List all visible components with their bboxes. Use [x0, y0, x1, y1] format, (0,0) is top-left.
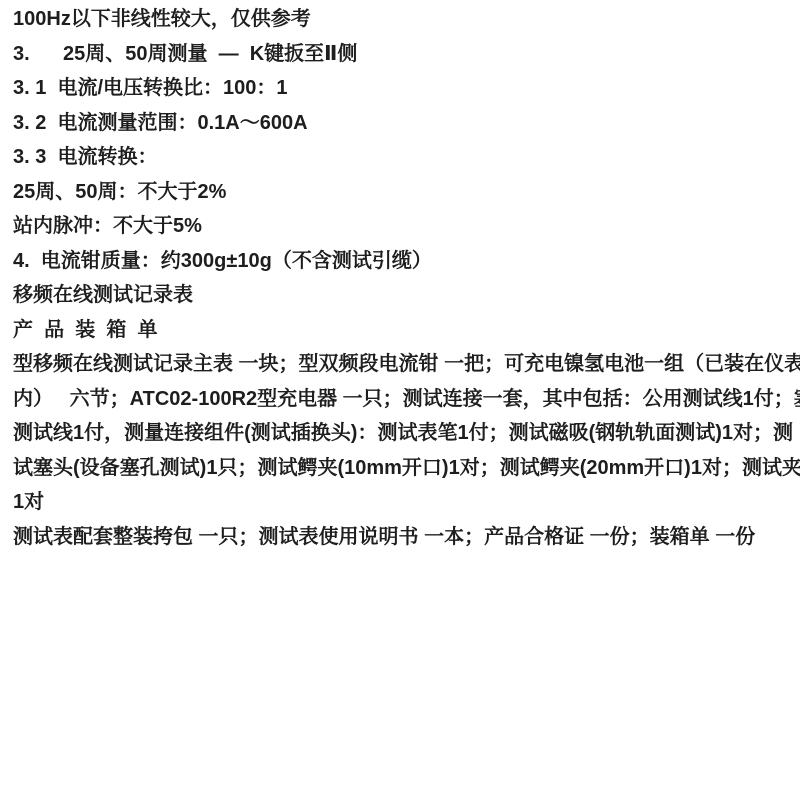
packing-list-line: 内） 六节；ATC02-100R2型充电器 一只；测试连接一套，其中包括：公用测… — [13, 382, 792, 417]
packing-list-line: 试塞头(设备塞孔测试)1只；测试鳄夹(10mm开口)1对；测试鳄夹(20mm开口… — [13, 451, 792, 486]
spec-clamp-weight: 4. 电流钳质量：约300g±10g（不含测试引缆） — [13, 244, 792, 279]
packing-list-accessories: 测试表配套整装挎包 一只；测试表使用说明书 一本；产品合格证 一份；装箱单 一份 — [13, 520, 792, 555]
note-nonlinearity: 100Hz以下非线性较大，仅供参考 — [13, 2, 792, 37]
document-body: 100Hz以下非线性较大，仅供参考 3. 25周、50周测量 — K键扳至Ⅱ侧 … — [13, 2, 792, 554]
packing-list-line: 1对 — [13, 485, 792, 520]
packing-list-line: 型移频在线测试记录主表 一块；型双频段电流钳 一把；可充电镍氢电池一组（已装在仪… — [13, 347, 792, 382]
doc-title-test-record: 移频在线测试记录表 — [13, 278, 792, 313]
packing-list-title: 产 品 装 箱 单 — [13, 313, 792, 348]
spec-station-pulse-tolerance: 站内脉冲：不大于5% — [13, 209, 792, 244]
spec-current-conversion: 3. 3 电流转换： — [13, 140, 792, 175]
packing-list-line: 测试线1付，测量连接组件(测试插换头)：测试表笔1付；测试磁吸(钢轨轨面测试)1… — [13, 416, 792, 451]
document-page: 100Hz以下非线性较大，仅供参考 3. 25周、50周测量 — K键扳至Ⅱ侧 … — [0, 0, 800, 800]
section-3-heading: 3. 25周、50周测量 — K键扳至Ⅱ侧 — [13, 37, 792, 72]
spec-current-range: 3. 2 电流测量范围：0.1A～600A — [13, 106, 792, 141]
spec-current-voltage-ratio: 3. 1 电流/电压转换比：100：1 — [13, 71, 792, 106]
spec-25-50-cycle-tolerance: 25周、50周：不大于2% — [13, 175, 792, 210]
